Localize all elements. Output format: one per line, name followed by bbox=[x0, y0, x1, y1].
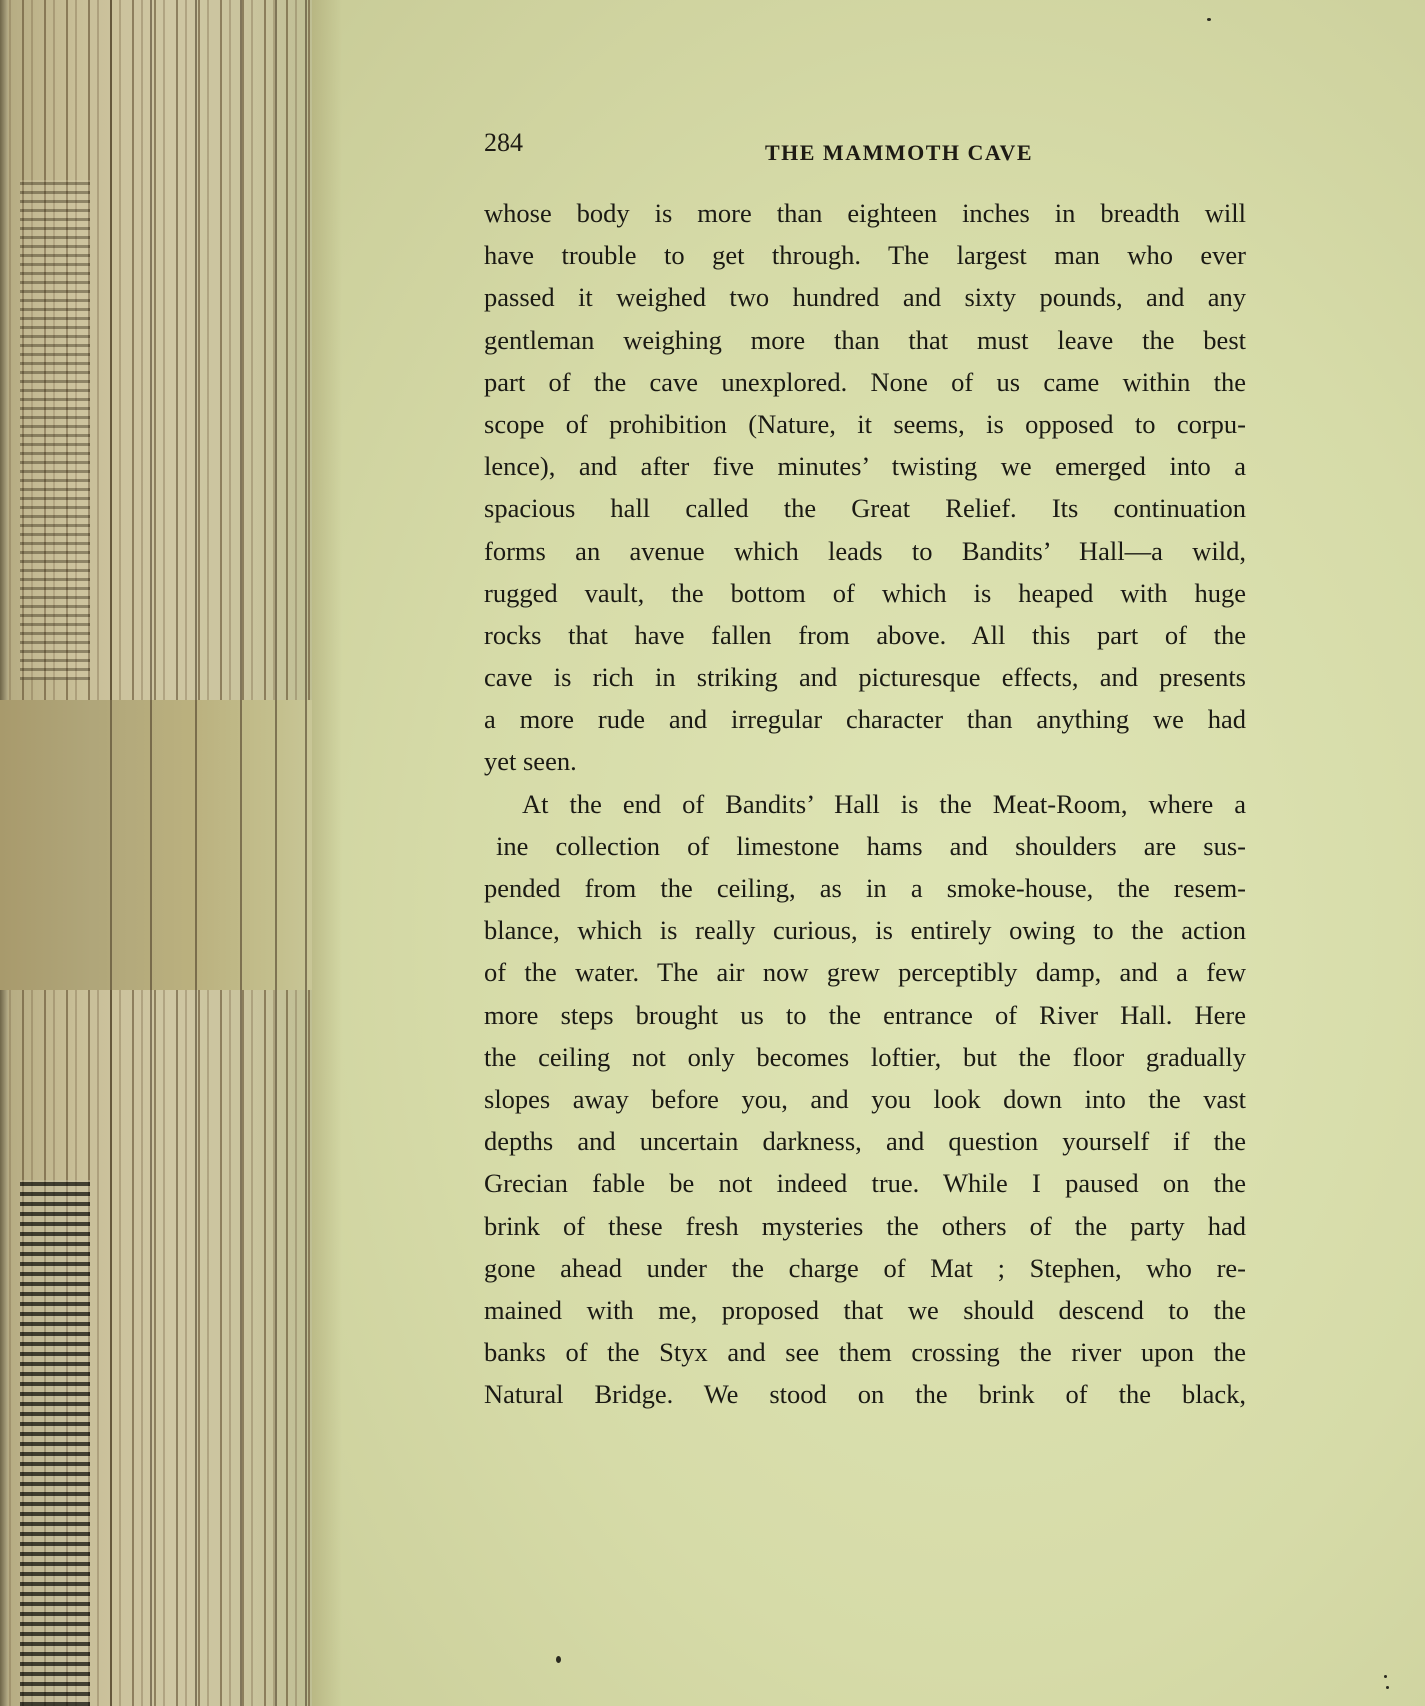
page-edge-line bbox=[305, 0, 307, 1706]
text-line: ine collection of limestone hams and sho… bbox=[484, 825, 1246, 867]
page-edge-line bbox=[110, 0, 112, 1706]
text-line: passed it weighed two hundred and sixty … bbox=[484, 276, 1246, 318]
text-line: At the end of Bandits’ Hall is the Meat-… bbox=[484, 783, 1246, 825]
text-line: banks of the Styx and see them crossing … bbox=[484, 1331, 1246, 1373]
page-edge-stripes bbox=[20, 180, 90, 680]
text-line: spacious hall called the Great Relief. I… bbox=[484, 487, 1246, 529]
page-stack-edges bbox=[0, 0, 312, 1706]
text-line: part of the cave unexplored. None of us … bbox=[484, 361, 1246, 403]
text-line: Natural Bridge. We stood on the brink of… bbox=[484, 1373, 1246, 1415]
text-line: cave is rich in striking and picturesque… bbox=[484, 656, 1246, 698]
page-edge-line bbox=[240, 0, 242, 1706]
text-line: rocks that have fallen from above. All t… bbox=[484, 614, 1246, 656]
text-line: gentleman weighing more than that must l… bbox=[484, 319, 1246, 361]
page-edge-stripes bbox=[20, 1180, 90, 1706]
text-line: pended from the ceiling, as in a smoke-h… bbox=[484, 867, 1246, 909]
text-line: mained with me, proposed that we should … bbox=[484, 1289, 1246, 1331]
paragraph-1: whose body is more than eighteen inches … bbox=[484, 192, 1246, 783]
text-line: of the water. The air now grew perceptib… bbox=[484, 951, 1246, 993]
running-head: 284 THE MAMMOTH CAVE bbox=[484, 128, 1274, 168]
text-line: Grecian fable be not indeed true. While … bbox=[484, 1162, 1246, 1204]
text-line: lence), and after five minutes’ twisting… bbox=[484, 445, 1246, 487]
text-line: forms an avenue which leads to Bandits’ … bbox=[484, 530, 1246, 572]
text-line: scope of prohibition (Nature, it seems, … bbox=[484, 403, 1246, 445]
text-line: more steps brought us to the entrance of… bbox=[484, 994, 1246, 1036]
page-edge-blur bbox=[0, 700, 312, 990]
paper-speck bbox=[1384, 1675, 1387, 1678]
text-line: gone ahead under the charge of Mat ; Ste… bbox=[484, 1247, 1246, 1289]
text-line: the ceiling not only becomes loftier, bu… bbox=[484, 1036, 1246, 1078]
text-line: whose body is more than eighteen inches … bbox=[484, 192, 1246, 234]
page-edge-line bbox=[275, 0, 277, 1706]
paragraph-2: At the end of Bandits’ Hall is the Meat-… bbox=[484, 783, 1246, 1416]
text-line: have trouble to get through. The largest… bbox=[484, 234, 1246, 276]
text-line: rugged vault, the bottom of which is hea… bbox=[484, 572, 1246, 614]
text-line: brink of these fresh mysteries the other… bbox=[484, 1205, 1246, 1247]
running-title: THE MAMMOTH CAVE bbox=[484, 140, 1274, 166]
text-line: slopes away before you, and you look dow… bbox=[484, 1078, 1246, 1120]
text-line: blance, which is really curious, is enti… bbox=[484, 909, 1246, 951]
paper-speck bbox=[556, 1656, 561, 1663]
page-edge-line bbox=[150, 0, 152, 1706]
text-line: yet seen. bbox=[484, 740, 1246, 782]
body-text: whose body is more than eighteen inches … bbox=[484, 192, 1246, 1415]
book-page: 284 THE MAMMOTH CAVE whose body is more … bbox=[312, 0, 1425, 1706]
paper-speck bbox=[1386, 1686, 1389, 1689]
text-line: depths and uncertain darkness, and quest… bbox=[484, 1120, 1246, 1162]
paper-speck bbox=[1207, 18, 1211, 21]
page-edge-line bbox=[195, 0, 197, 1706]
text-line: a more rude and irregular character than… bbox=[484, 698, 1246, 740]
